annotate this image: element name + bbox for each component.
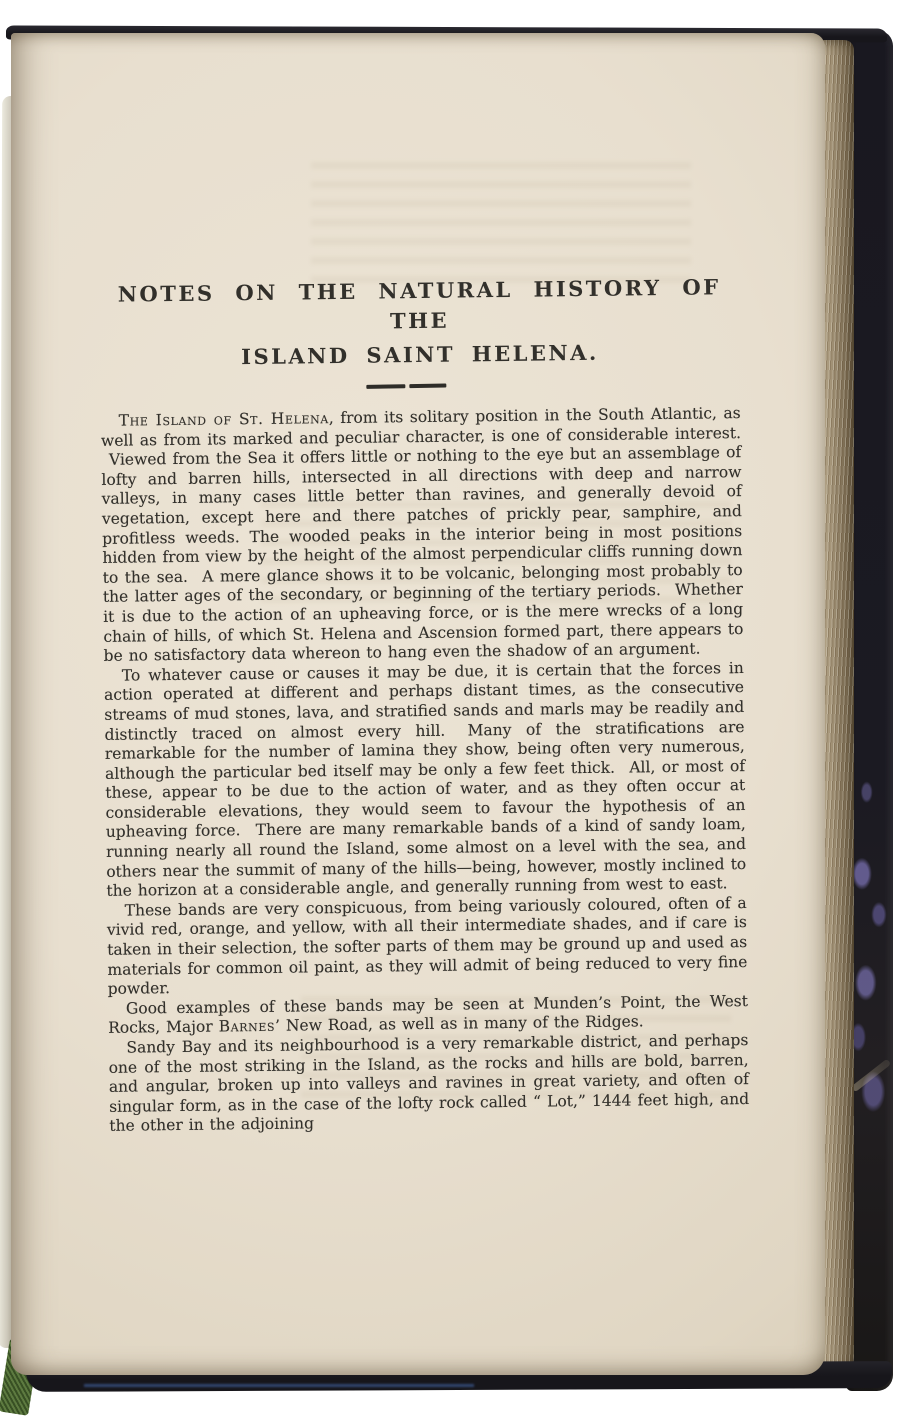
- paragraph-3: These bands are very conspicuous, from b…: [107, 894, 748, 1000]
- small-caps-text: The Island of St. Helena: [119, 409, 329, 430]
- paragraph-text: These bands are very conspicuous, from b…: [107, 894, 748, 998]
- cover-bottom-blue-sheen: [84, 1384, 474, 1387]
- chapter-title-line-2: ISLAND SAINT HELENA.: [100, 336, 740, 374]
- book-page: NOTES ON THE NATURAL HISTORY OF THE ISLA…: [11, 33, 825, 1375]
- book-photo: NOTES ON THE NATURAL HISTORY OF THE ISLA…: [0, 0, 897, 1417]
- divider-dash-icon: [366, 384, 405, 388]
- chapter-title-line-1: NOTES ON THE NATURAL HISTORY OF THE: [99, 272, 740, 340]
- chapter-title: NOTES ON THE NATURAL HISTORY OF THE ISLA…: [99, 272, 740, 374]
- paragraph-text: ’ New Road, as well as in many of the Ri…: [275, 1013, 644, 1036]
- paragraph-text: , from its solitary position in the Sout…: [101, 404, 744, 665]
- title-divider: [86, 379, 726, 394]
- paragraph-5: Sandy Bay and its neighbourhood is a ver…: [108, 1031, 749, 1137]
- small-caps-text: Barnes: [219, 1017, 276, 1036]
- paragraph-text: Sandy Bay and its neighbourhood is a ver…: [109, 1031, 750, 1135]
- divider-dash-icon: [409, 384, 446, 388]
- paragraph-1: The Island of St. Helena, from its solit…: [101, 404, 744, 667]
- show-through-texture: [311, 153, 691, 283]
- body-text: The Island of St. Helena, from its solit…: [101, 404, 750, 1137]
- paragraph-text: To whatever cause or causes it may be du…: [104, 659, 746, 900]
- printed-text-block: NOTES ON THE NATURAL HISTORY OF THE ISLA…: [99, 272, 749, 1137]
- paragraph-2: To whatever cause or causes it may be du…: [104, 659, 747, 902]
